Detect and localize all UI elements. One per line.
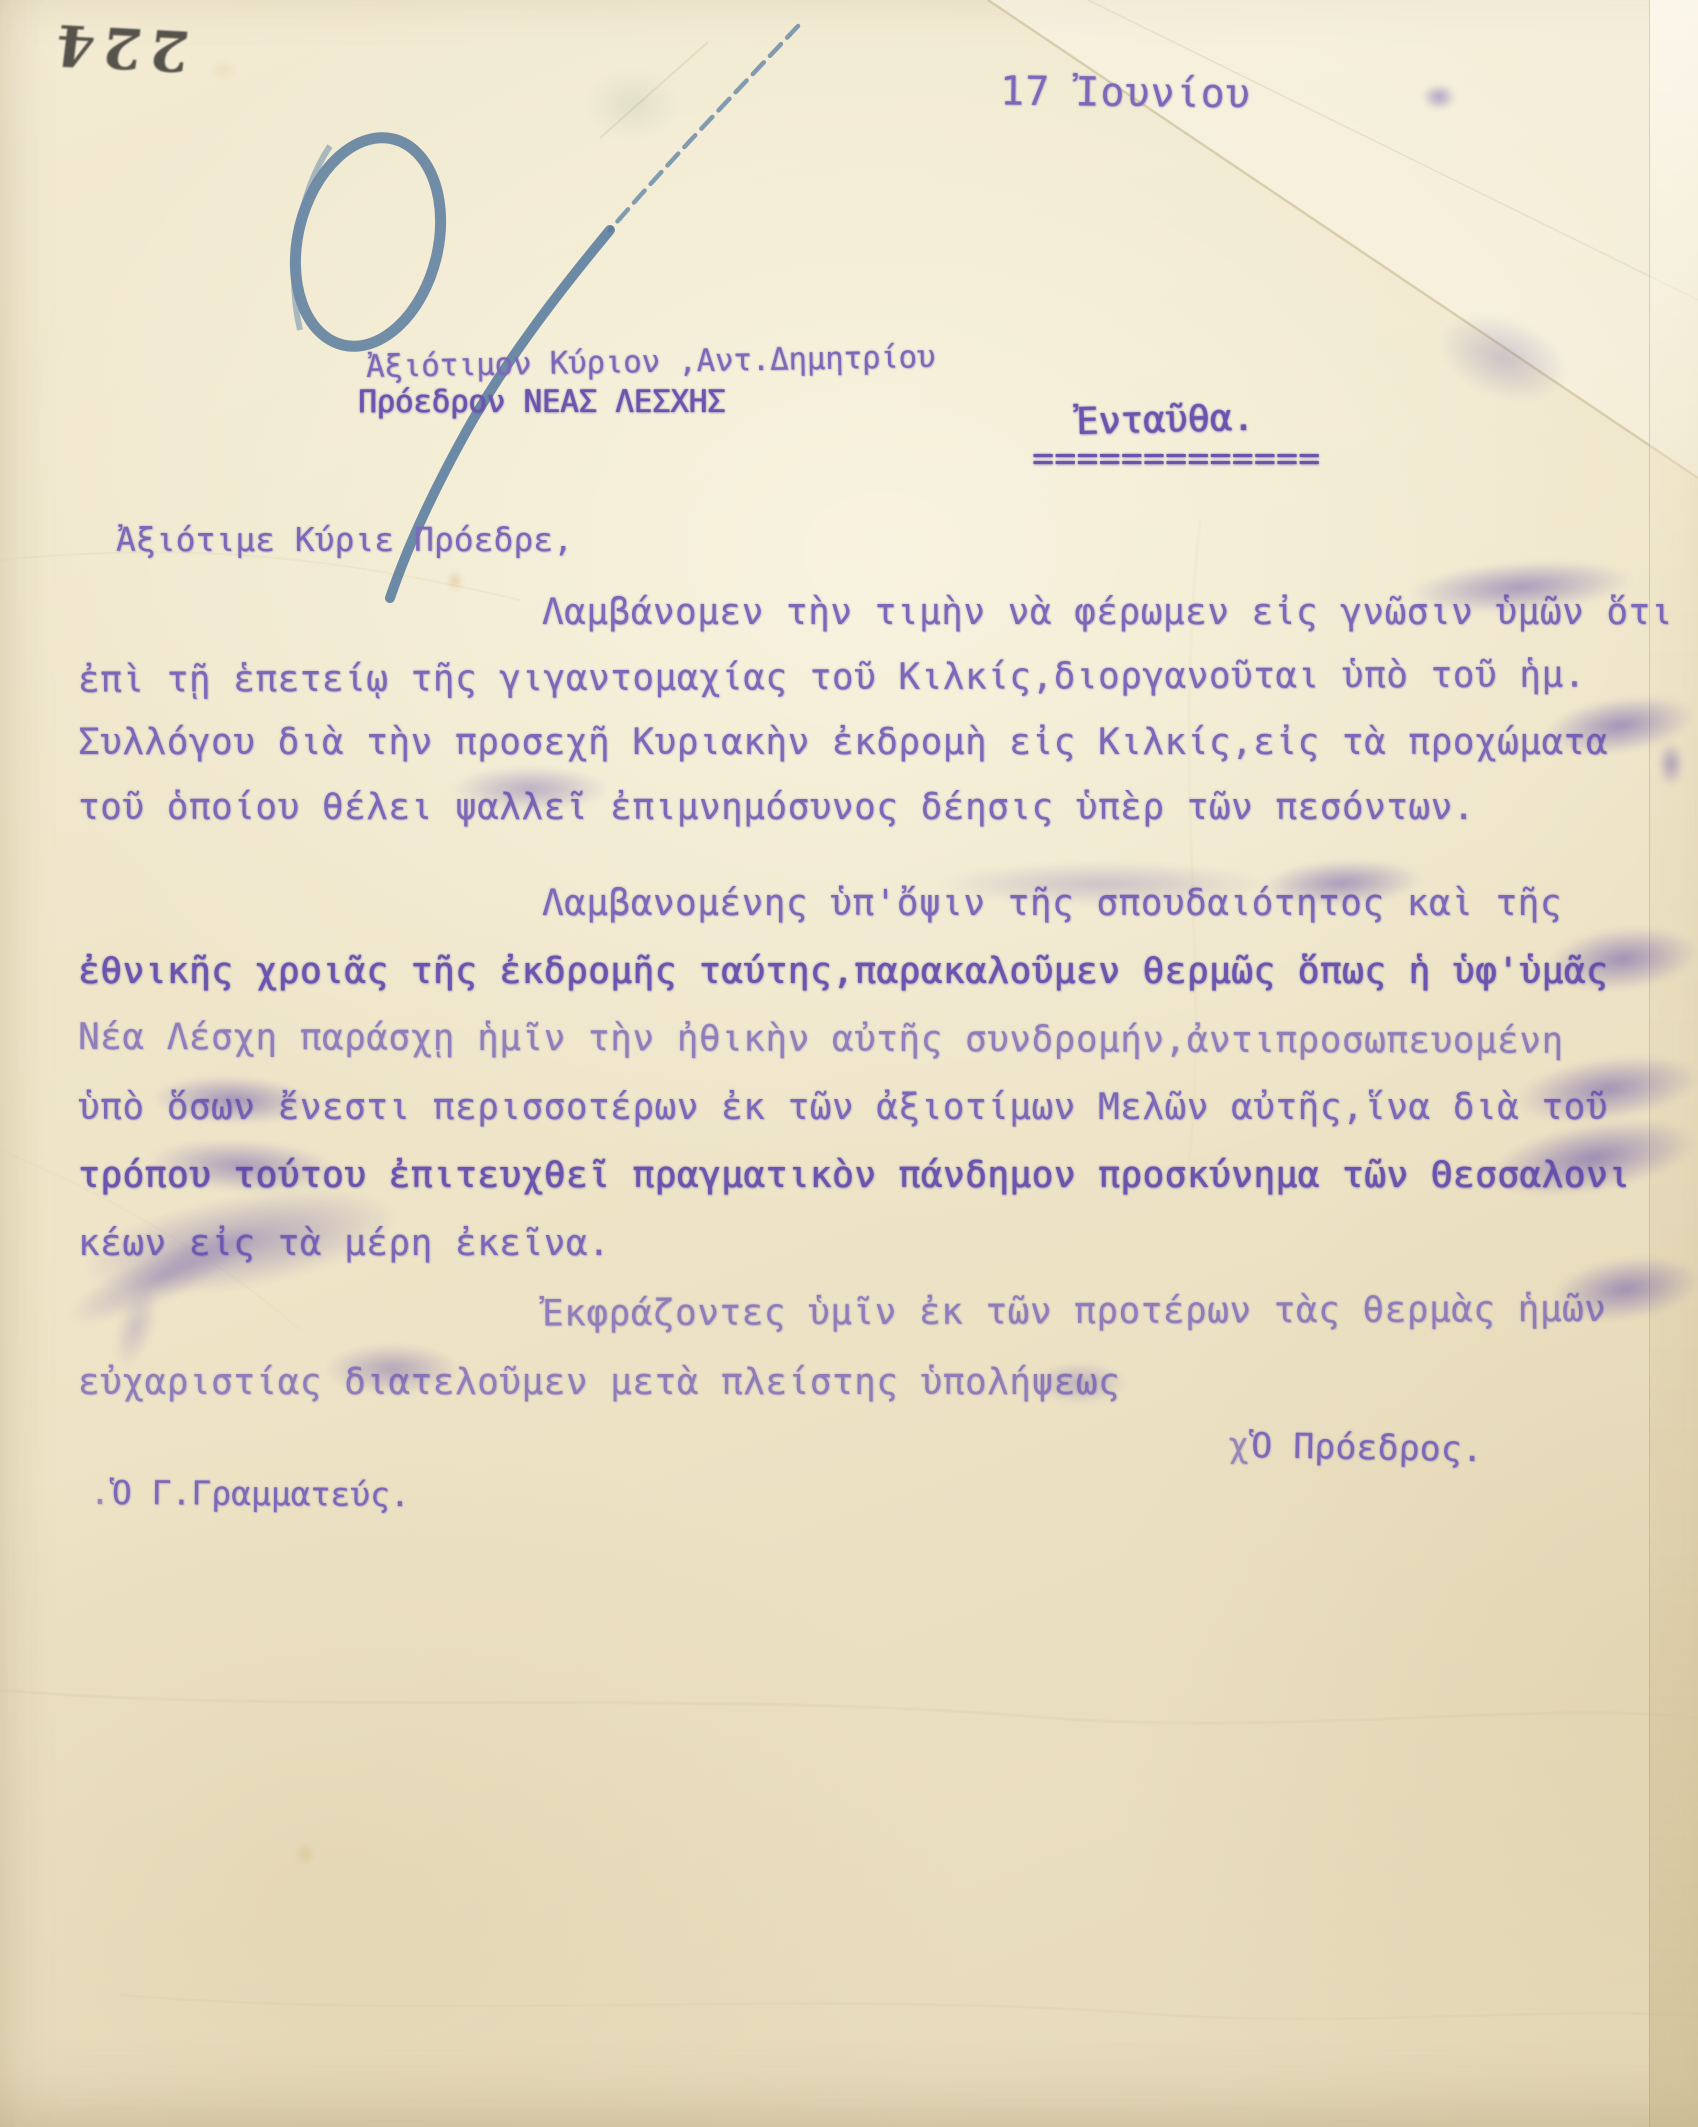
recipient-name-line: Ἀξιότιμον Κύριον ,Αντ.Δημητρίου — [366, 339, 936, 385]
body-line: ἐπὶ τῇ ἑπετείῳ τῆς γιγαντομαχίας τοῦ Κιλ… — [78, 642, 1698, 713]
body-line: κέων εἰς τὰ μέρη ἐκεῖνα. — [78, 1210, 1698, 1278]
page-number-stamp: 224 — [44, 10, 193, 83]
body-line: Λαμβάνομεν τὴν τιμὴν νὰ φέρωμεν εἰς γνῶσ… — [78, 580, 1698, 645]
signature-secretary-label: Ὁ Γ.Γραμματεύς. — [112, 1473, 410, 1514]
letter-date: 17 Ἰουνίου — [1000, 68, 1251, 117]
body-line: εὐχαριστίας διατελοῦμεν μετὰ πλείστης ὑπ… — [78, 1348, 1698, 1418]
paper-stain — [210, 60, 236, 80]
body-line: Συλλόγου διὰ τὴν προσεχῆ Κυριακὴν ἐκδρομ… — [78, 710, 1698, 775]
location-underline: ============= — [1032, 438, 1320, 479]
paper-stain — [294, 1842, 316, 1866]
paragraph-2: Λαμβανομένης ὑπ'ὄψιν τῆς σπουδαιότητος κ… — [78, 870, 1698, 1278]
recipient-title-line: Πρόεδρον ΝΕΑΣ ΛΕΣΧΗΣ — [358, 384, 725, 420]
recipient-location: Ἐνταῦθα. — [1076, 396, 1255, 443]
body-line: τοῦ ὁποίου θέλει ψαλλεῖ ἐπιμνημόσυνος δέ… — [78, 775, 1698, 840]
salutation: Ἀξιότιμε Κύριε Πρόεδρε, — [116, 520, 573, 559]
body-line: ἐθνικῆς χροιᾶς τῆς ἐκδρομῆς ταύτης,παρακ… — [78, 938, 1698, 1006]
paragraph-1: Λαμβάνομεν τὴν τιμὴν νὰ φέρωμεν εἰς γνῶσ… — [78, 580, 1698, 840]
scanned-letter-page: 224 17 Ἰουνίου Ἀξιότιμον Κύριον ,Αντ.Δημ… — [0, 0, 1698, 2127]
stray-typed-character: χ — [1228, 1426, 1250, 1466]
paragraph-3: Ἐκφράζοντες ὑμῖν ἐκ τῶν προτέρων τὰς θερ… — [78, 1278, 1698, 1418]
body-line: Λαμβανομένης ὑπ'ὄψιν τῆς σπουδαιότητος κ… — [78, 870, 1698, 938]
body-line: Νέα Λέσχη παράσχῃ ἡμῖν τὴν ἠθικὴν αὐτῆς … — [78, 1004, 1698, 1076]
ink-smudge — [585, 68, 680, 140]
ink-smudge — [1426, 297, 1580, 418]
ink-smudge — [1422, 84, 1456, 110]
body-line: ὑπὸ ὅσων ἔνεστι περισσοτέρων ἐκ τῶν ἀξιο… — [78, 1074, 1698, 1142]
signature-president: χὉ Πρόεδρος. — [1228, 1426, 1484, 1470]
signature-secretary: .Ὁ Γ.Γραμματεύς. — [90, 1473, 410, 1514]
body-line: τρόπου τούτου ἐπιτευχθεῖ πραγματικὸν πάν… — [78, 1142, 1698, 1210]
body-line: Ἐκφράζοντες ὑμῖν ἐκ τῶν προτέρων τὰς θερ… — [78, 1274, 1698, 1351]
signature-president-label: Ὁ Πρόεδρος. — [1251, 1426, 1483, 1470]
stray-typed-character: . — [90, 1473, 110, 1512]
